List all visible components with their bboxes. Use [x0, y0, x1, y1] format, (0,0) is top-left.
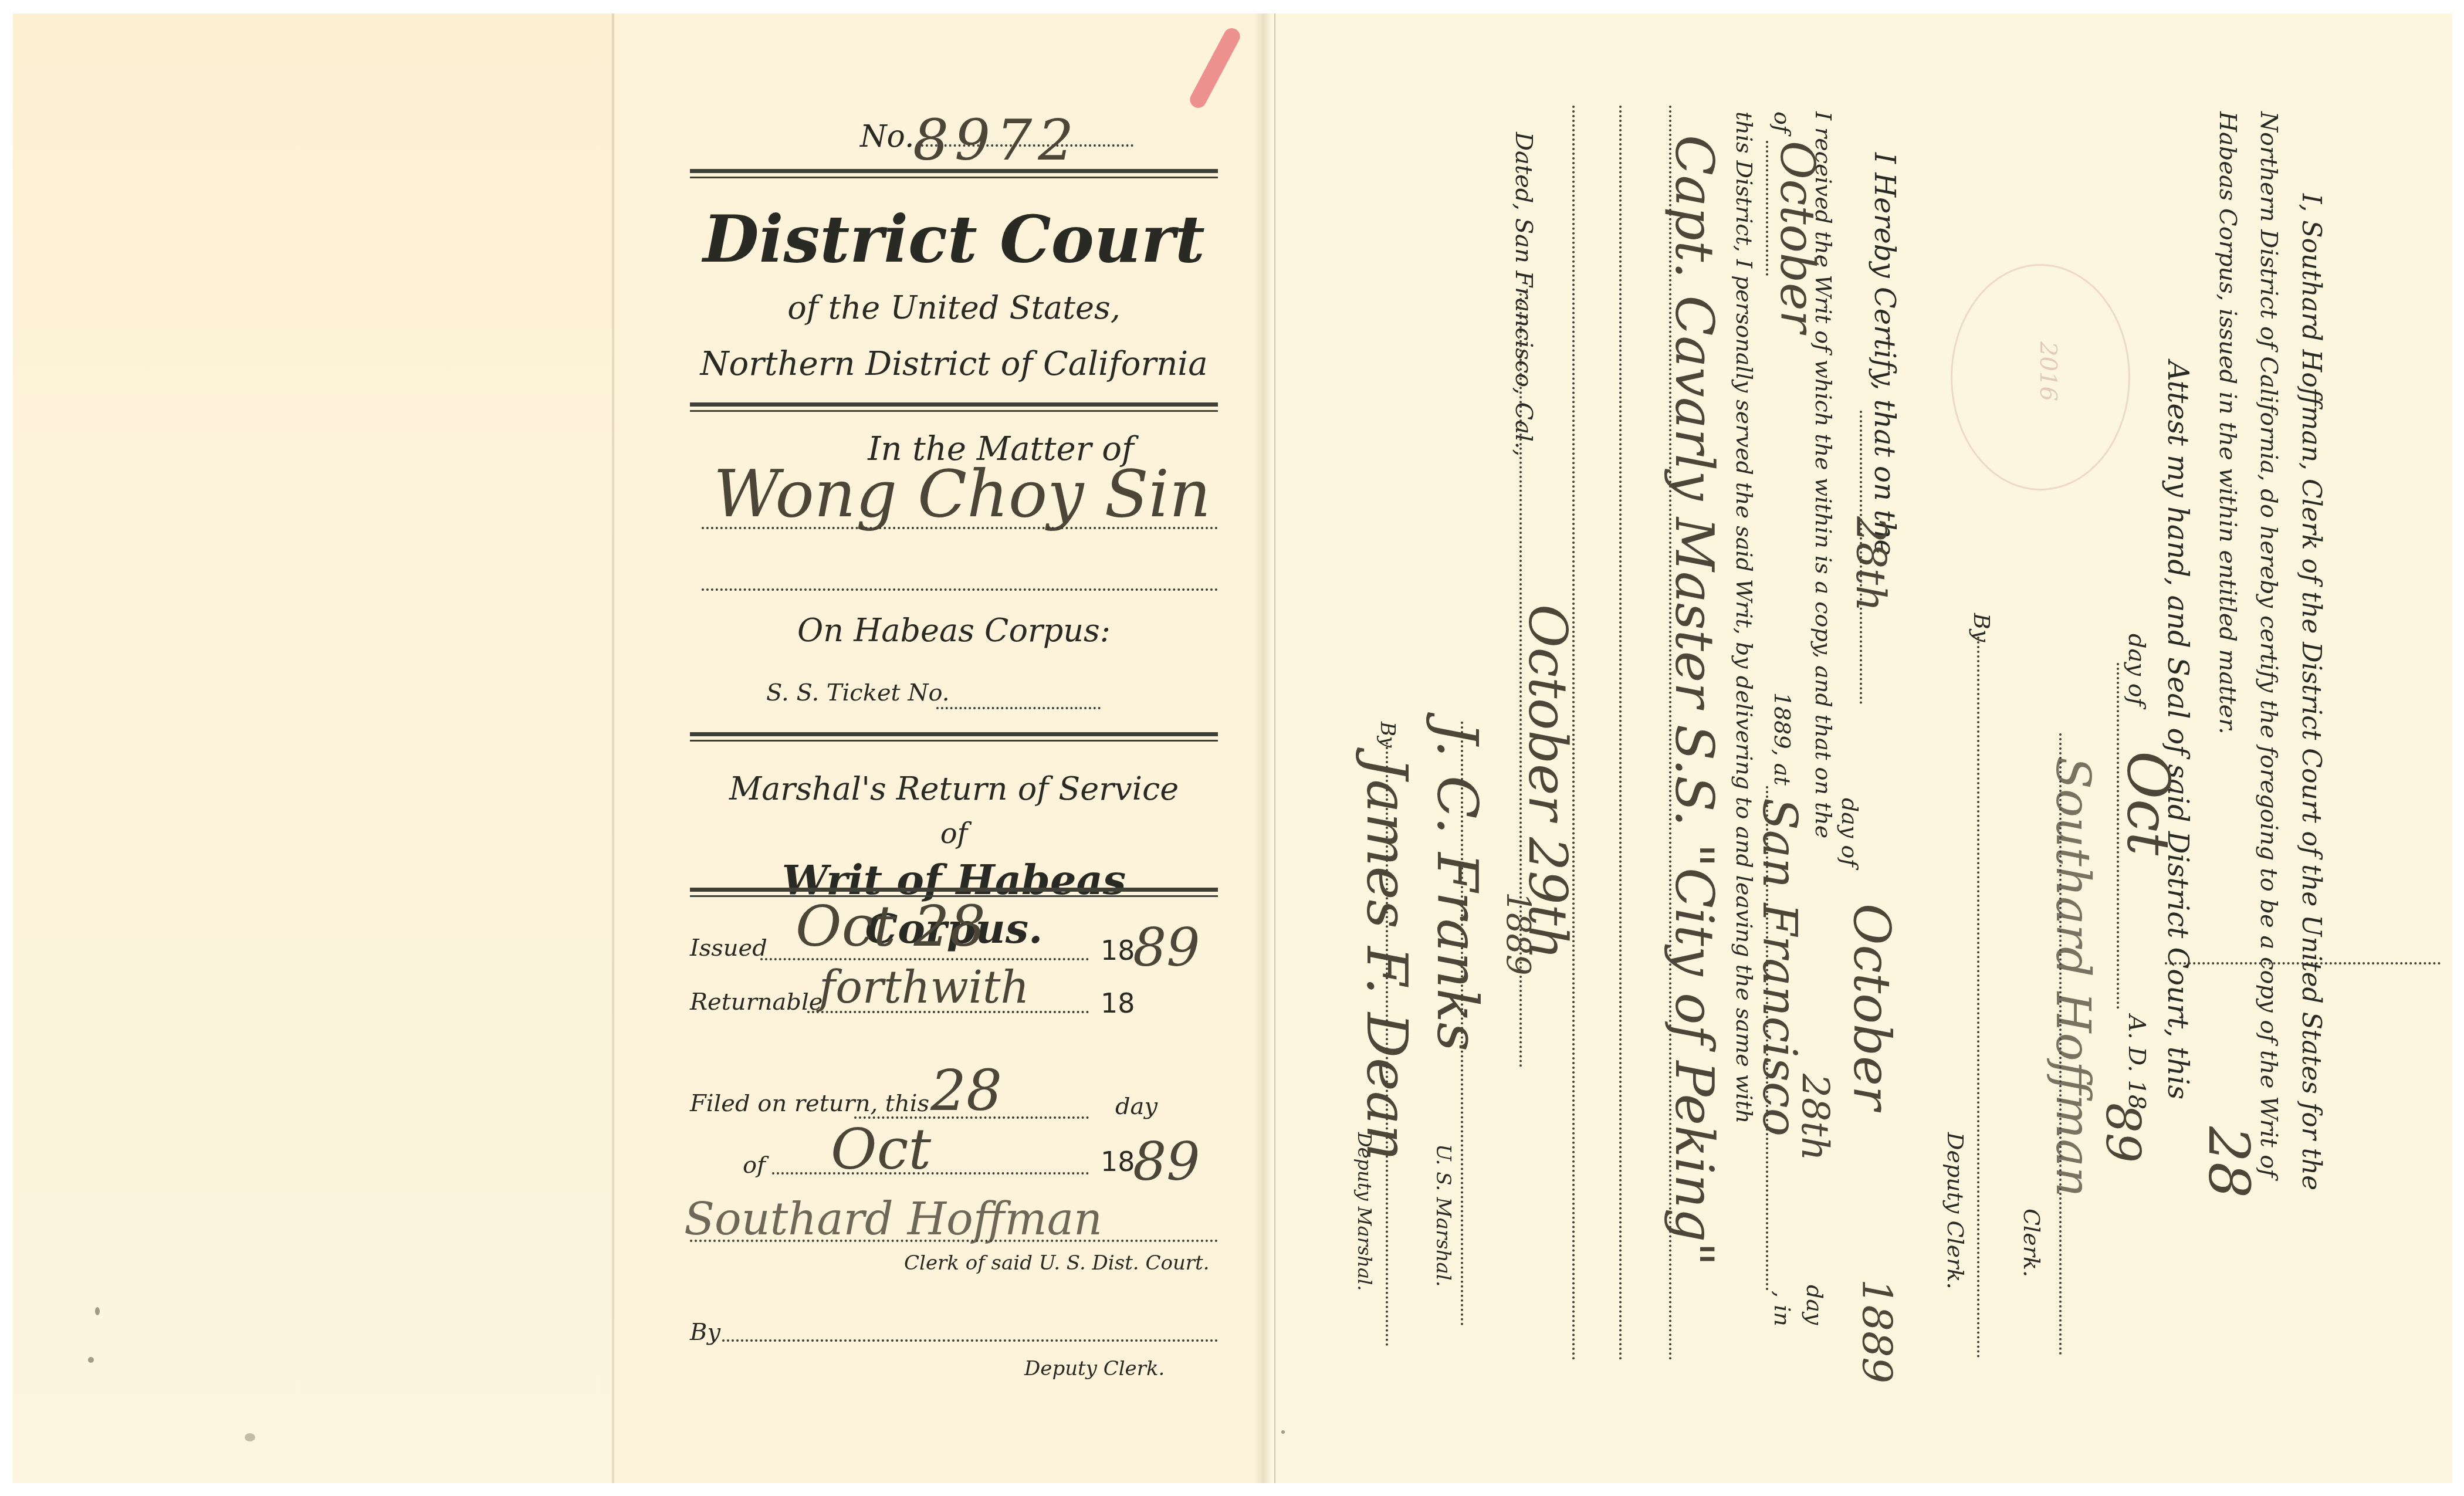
issued-year-prefix: 18: [1101, 935, 1135, 966]
ad-label: A. D. 18: [2123, 1015, 2150, 1109]
day-of-label: day of: [2123, 634, 2150, 706]
day-received-handwritten: 28th: [1847, 516, 1895, 611]
clerk-cert-line3: Habeas Corpus, issued in the within enti…: [2214, 111, 2241, 735]
seal-stamp-text: 2016: [2035, 341, 2062, 401]
clerk-cert-line1: I, Southard Hoffman, Clerk of the Distri…: [2296, 194, 2326, 1190]
issued-label: Issued: [690, 935, 767, 962]
filed-label: Filed on return, this: [690, 1090, 929, 1117]
clerk-label: Clerk of said U. S. Dist. Court.: [904, 1251, 1210, 1275]
filed-month-handwritten: Oct: [831, 1116, 931, 1182]
year-at-label: 1889, at: [1769, 692, 1795, 786]
dated-year-handwritten: 1889: [1499, 892, 1537, 976]
ticket-label: S. S. Ticket No.: [766, 679, 949, 706]
marshal-cert-line1-a: I Hereby Certify, that on the: [1868, 153, 1901, 556]
double-rule: [690, 402, 1218, 414]
month-served-field: [1766, 141, 1768, 276]
court-title: District Court: [690, 201, 1218, 277]
clerk-signature-line: [690, 1240, 1218, 1242]
us-marshal-label: U. S. Marshal.: [1431, 1144, 1455, 1287]
court-subtitle-1: of the United States,: [690, 289, 1218, 326]
dated-label: Dated, San Francisco, Cal.,: [1510, 132, 1537, 456]
deputy-marshal-signature: James F. Dean: [1354, 757, 1420, 1161]
filed-of-label: of: [743, 1152, 766, 1179]
deputy-clerk-label: Deputy Clerk.: [1024, 1357, 1165, 1380]
in-label: , in: [1769, 1291, 1795, 1326]
fold-crease: [1274, 13, 1275, 1483]
clerk-attest-line: Attest my hand, and Seal of said Distric…: [2161, 361, 2194, 1099]
court-subtitle-2: Northern District of California: [690, 345, 1218, 383]
marshal-signature: J. C. Franks: [1424, 722, 1490, 1051]
day-of-received-label: day of: [1837, 798, 1863, 867]
filed-year-prefix: 18: [1101, 1146, 1135, 1177]
deputy-signature-line: [722, 1339, 1218, 1342]
double-rule: [690, 169, 1218, 181]
filed-day-handwritten: 28: [930, 1058, 1002, 1123]
return-title-1: Marshal's Return of Service: [690, 770, 1218, 807]
attest-day-field: [2165, 962, 2441, 966]
returnable-label: Returnable: [690, 989, 823, 1016]
served-person-line-2: [1619, 106, 1622, 1361]
paper-stain: [245, 1433, 255, 1441]
by-label: By: [690, 1319, 720, 1346]
clerk-deputy-line: [1977, 637, 1979, 1358]
issued-year-handwritten: 89: [1133, 917, 1200, 979]
day-label: day: [1802, 1285, 1827, 1325]
year-received-handwritten: 1889: [1853, 1279, 1901, 1383]
clerk-cert-deputy-label: Deputy Clerk.: [1942, 1132, 1968, 1289]
marshal-cert-line1: I Hereby Certify, that on the: [1868, 153, 1901, 556]
returnable-handwritten: forthwith: [819, 961, 1030, 1013]
blank-back-panel: [13, 13, 614, 1483]
clerk-cert-label: Clerk.: [2019, 1209, 2045, 1277]
case-number-handwritten: 8972: [913, 107, 1079, 173]
paper-stain: [1281, 1430, 1285, 1434]
clerk-cert-by-label: By: [1969, 613, 1995, 642]
attest-month-handwritten: Oct: [2114, 751, 2182, 855]
clerk-cert-line2: Northern District of California, do here…: [2255, 111, 2282, 1177]
place-handwritten: San Francisco: [1752, 798, 1807, 1136]
cover-form: No. 8972 District Court of the United St…: [614, 13, 1259, 1483]
month-served-handwritten: October: [1770, 141, 1825, 333]
attest-day-handwritten: 28: [2196, 1126, 2262, 1198]
clerk-cert-signature: Southard Hoffman: [2046, 757, 2100, 1197]
name-dotted-line: [702, 527, 1218, 529]
filed-year-handwritten: 89: [1133, 1131, 1200, 1193]
month-received-handwritten: October: [1842, 903, 1901, 1110]
ticket-field: [936, 707, 1101, 709]
petitioner-name-handwritten: Wong Choy Sin: [713, 456, 1211, 532]
name-dotted-line: [702, 588, 1218, 591]
clerk-signature: Southard Hoffman: [684, 1193, 1102, 1245]
served-person-handwritten: Capt. Cavarly Master S.S. "City of Pekin…: [1663, 135, 1725, 1266]
paper-stain: [95, 1307, 100, 1315]
filed-day-label: day: [1115, 1093, 1157, 1120]
marshal-cert-line4: this District, I personally served the s…: [1731, 111, 1757, 1123]
of-label: of: [1769, 111, 1795, 133]
case-number-label: No.: [860, 119, 914, 154]
double-rule: [690, 732, 1218, 744]
paper-stain: [88, 1357, 94, 1363]
habeas-label: On Habeas Corpus:: [690, 612, 1218, 649]
issued-date-handwritten: Oct 28: [796, 893, 986, 959]
ad-year-handwritten: 89: [2096, 1103, 2150, 1163]
deputy-marshal-label: Deputy Marshal.: [1353, 1132, 1376, 1291]
returnable-year-prefix: 18: [1101, 987, 1135, 1019]
return-title-of: of: [690, 817, 1218, 850]
